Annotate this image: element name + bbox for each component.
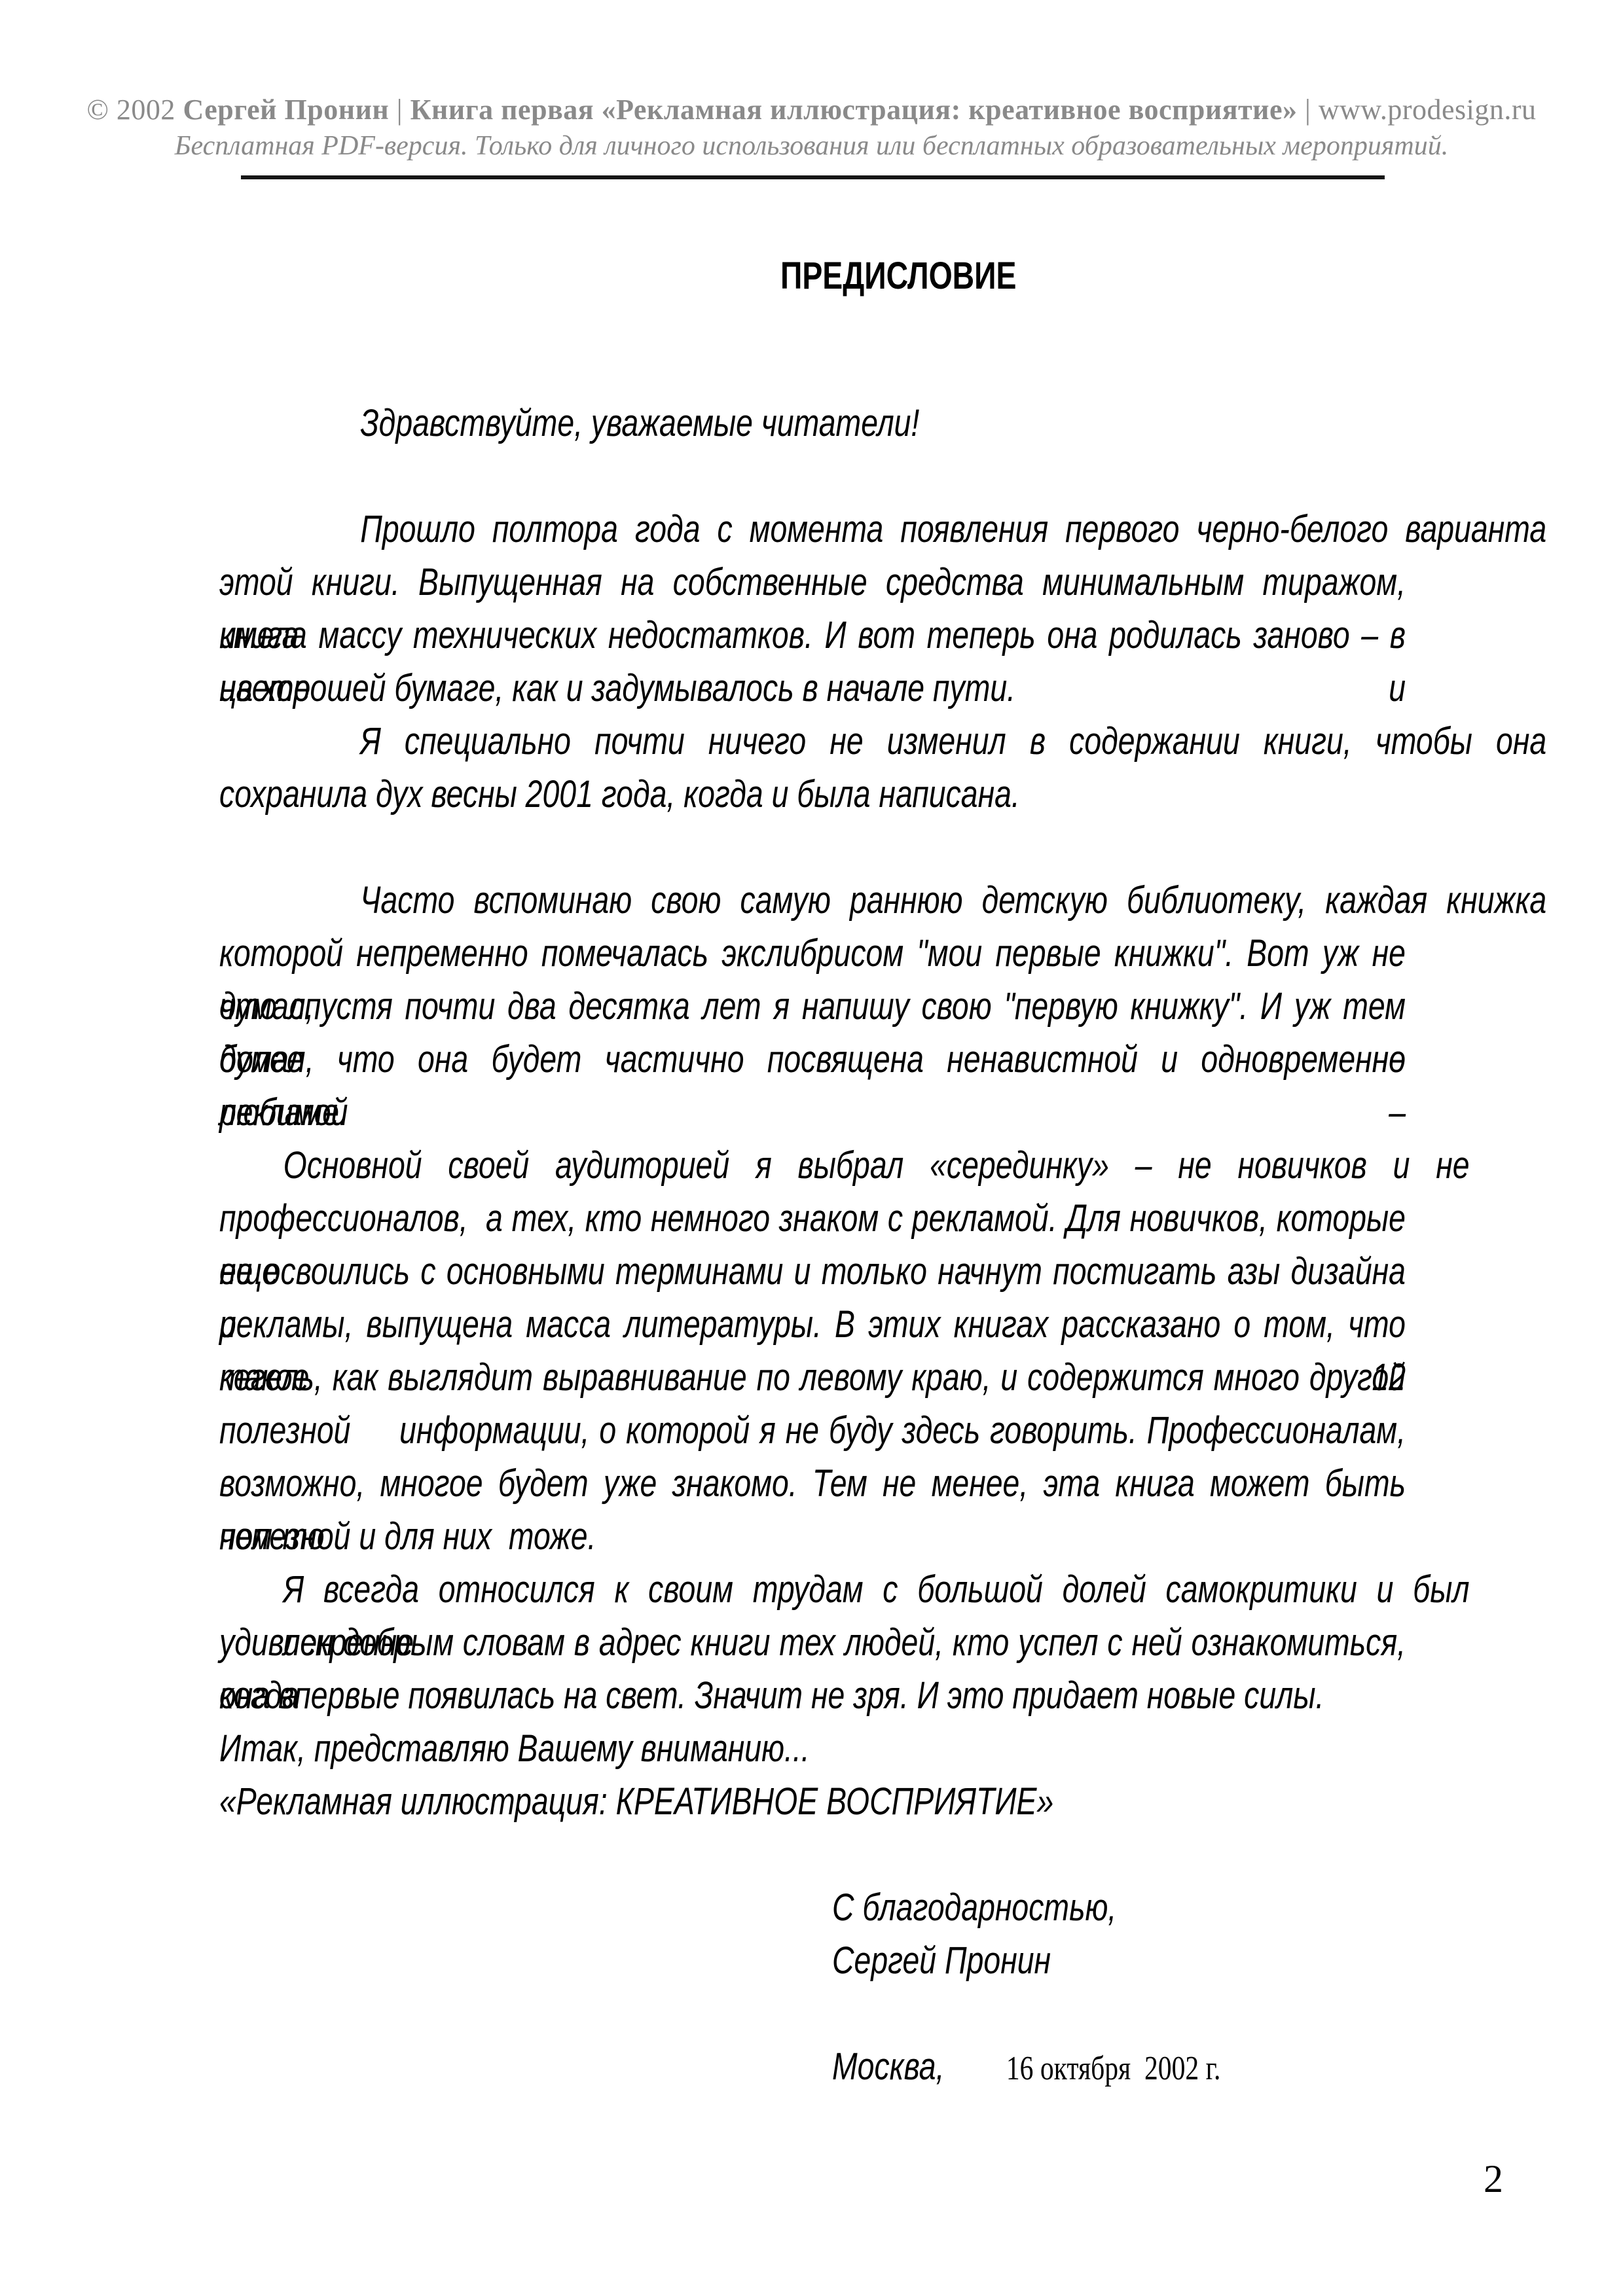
header-book-title: Книга первая «Рекламная иллюстрация: кре… — [410, 94, 1298, 126]
header-divider-rule — [241, 175, 1385, 179]
header-separator-2: | — [1298, 94, 1319, 126]
paragraph-line: имела массу технических недостатков. И в… — [219, 609, 1406, 662]
header-line-copyright: © 2002 Сергей Пронин | Книга первая «Рек… — [0, 93, 1623, 127]
paragraph-line: удивлен добрым словам в адрес книги тех … — [219, 1616, 1406, 1669]
paragraph-line: этой книги. Выпущенная на собственные ср… — [219, 556, 1406, 609]
signature-name: Сергей Пронин — [219, 1934, 1623, 1987]
greeting-line: Здравствуйте, уважаемые читатели! — [219, 397, 1546, 450]
paragraph-line: Прошло полтора года с момента появления … — [219, 503, 1546, 556]
paragraph-line: сохранила дух весны 2001 года, когда и б… — [219, 768, 1406, 821]
blank-line — [219, 1987, 1623, 2040]
page-title: ПРЕДИСЛОВИЕ — [780, 257, 1016, 296]
closing-line: Итак, представляю Вашему вниманию... — [219, 1722, 1406, 1775]
paragraph-line: полезной и для них тоже. — [219, 1510, 1406, 1563]
paragraph-line: Часто вспоминаю свою самую раннюю детску… — [219, 874, 1546, 927]
header-separator: | — [389, 94, 410, 126]
paragraph-line: Я всегда относился к своим трудам с боль… — [219, 1563, 1470, 1616]
paragraph-line: рекламы, выпущена масса литературы. В эт… — [219, 1298, 1406, 1351]
page-number: 2 — [1484, 2159, 1503, 2199]
book-announce-line: «Рекламная иллюстрация: КРЕАТИВНОЕ ВОСПР… — [219, 1775, 1406, 1828]
paragraph-line: что спустя почти два десятка лет я напиш… — [219, 980, 1406, 1033]
header-site-url: www.prodesign.ru — [1319, 94, 1537, 126]
blank-line — [219, 450, 1623, 503]
header-subtitle: Бесплатная PDF-версия. Только для личног… — [0, 130, 1623, 162]
header-author: Сергей Пронин — [183, 94, 389, 126]
page-header: © 2002 Сергей Пронин | Книга первая «Рек… — [0, 93, 1623, 162]
blank-line — [219, 1828, 1623, 1881]
paragraph-line: на хорошей бумаге, как и задумывалось в … — [219, 662, 1406, 715]
signature-city: Москва, — [832, 2045, 944, 2088]
signature-thanks: С благодарностью, — [219, 1881, 1623, 1934]
paragraph-line: кегель, как выглядит выравнивание по лев… — [219, 1351, 1406, 1404]
paragraph-line: профессионалов, а тех, кто немного знако… — [219, 1192, 1406, 1245]
body-text: Здравствуйте, уважаемые читатели! Прошло… — [219, 397, 1623, 2093]
paragraph-line: не освоились с основными терминами и тол… — [219, 1245, 1406, 1298]
paragraph-line: думал, что она будет частично посвящена … — [219, 1033, 1406, 1086]
document-page: © 2002 Сергей Пронин | Книга первая «Рек… — [0, 0, 1623, 2296]
header-copyright: © 2002 — [87, 94, 183, 126]
paragraph-line: она впервые появилась на свет. Значит не… — [219, 1669, 1406, 1722]
blank-line — [219, 821, 1623, 874]
paragraph-line: возможно, многое будет уже знакомо. Тем … — [219, 1457, 1406, 1510]
paragraph-line: полезной информации, о которой я не буду… — [219, 1404, 1406, 1457]
paragraph-line: Я специально почти ничего не изменил в с… — [219, 715, 1546, 768]
paragraph-line: рекламе. — [219, 1086, 1406, 1139]
signature-date: 16 октября 2002 г. — [1006, 2050, 1221, 2087]
paragraph-line: которой непременно помечалась экслибрисо… — [219, 927, 1406, 980]
place-date-line: Москва,16 октября 2002 г. — [219, 2040, 1623, 2093]
paragraph-line: Основной своей аудиторией я выбрал «сере… — [219, 1139, 1470, 1192]
